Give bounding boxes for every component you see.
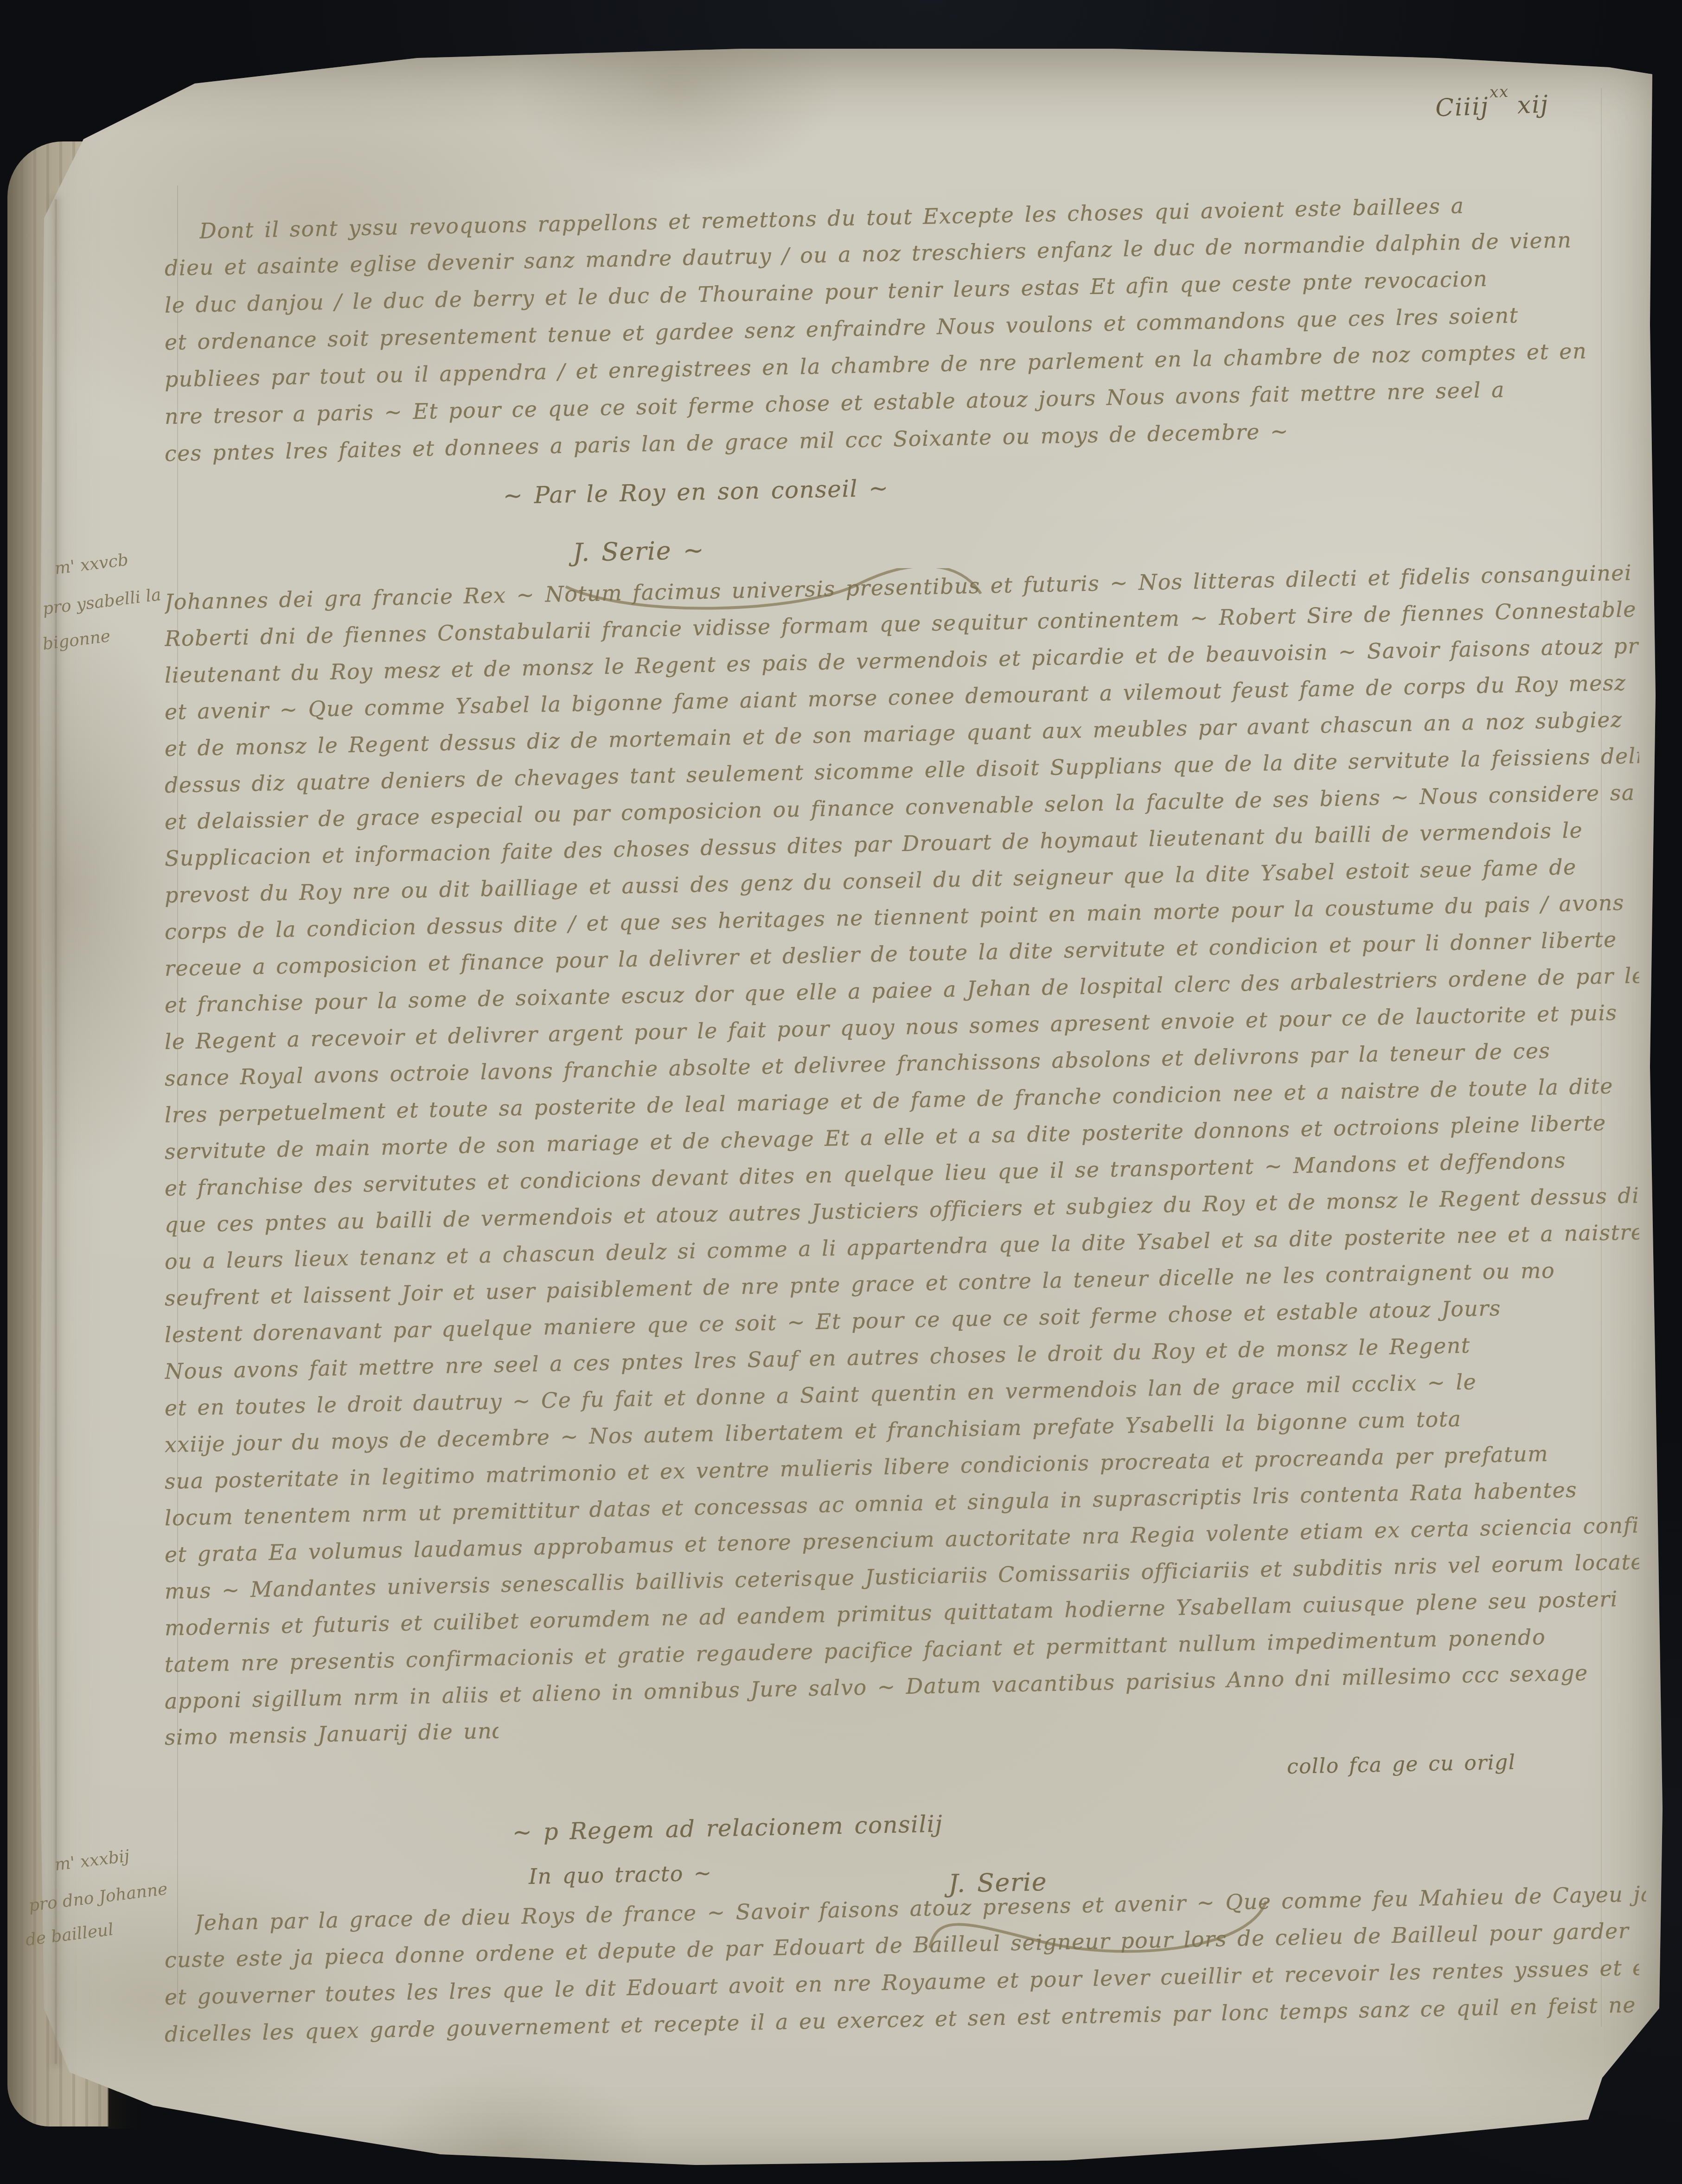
folio-suffix: xij — [1517, 90, 1549, 119]
folio-number: Ciiijxx xij — [1435, 91, 1549, 121]
folio-prefix: Ciiij — [1435, 93, 1490, 122]
manuscript-photo: { "photo": { "backdrop_color": "#0c0e11"… — [0, 0, 1682, 2184]
clerk-signature-top: J. Serie ~ — [572, 534, 704, 567]
folio-superscript: xx — [1489, 83, 1509, 102]
tradition-line: In quo tracto ~ — [528, 1860, 712, 1893]
collation-note: collo fca ge cu origl — [1286, 1749, 1516, 1784]
gutter-crease-line — [55, 199, 57, 2064]
